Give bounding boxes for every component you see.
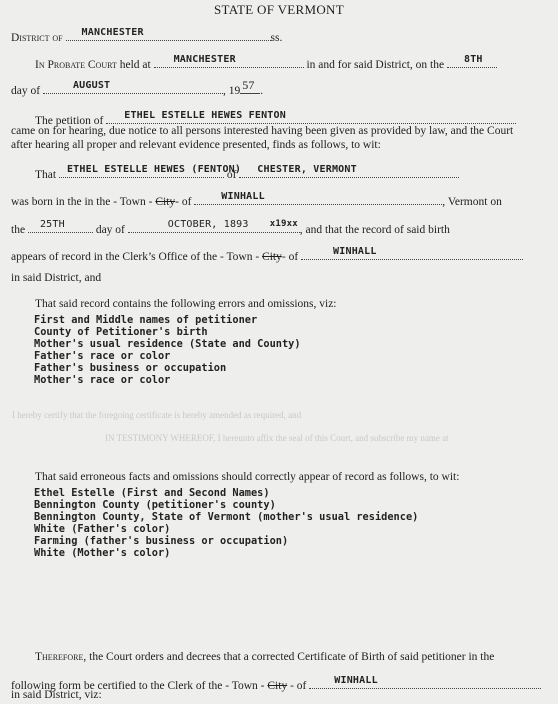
vermont-on: , Vermont on (442, 196, 502, 208)
district-and-text: in said District, and (11, 271, 101, 285)
page-title: STATE OF VERMONT (0, 2, 558, 18)
correction-item: White (Father's color) (34, 523, 170, 535)
correction-item: Farming (father's business or occupation… (34, 535, 288, 547)
record-office-line: appears of record in the Clerk’s Office … (11, 246, 523, 264)
error-item: County of Petitioner's birth (34, 326, 208, 338)
birth-day-field[interactable]: 25TH (28, 219, 93, 233)
person-field[interactable]: ETHEL ESTELLE HEWES (FENTON) (59, 164, 224, 178)
year-suffix: . (260, 85, 263, 97)
error-item: Father's business or occupation (34, 362, 226, 374)
the-label: the (11, 224, 25, 236)
day-of-label: day of (11, 85, 40, 97)
appears-of: - of (282, 251, 298, 263)
court-place-field[interactable]: MANCHESTER (154, 54, 304, 68)
birthplace-line: was born in the in the - Town - City- of… (11, 191, 502, 209)
district-field[interactable]: MANCHESTER (66, 27, 271, 41)
day-of-label-2: day of (96, 224, 125, 236)
order-town-field[interactable]: WINHALL (309, 675, 541, 689)
that-label: That (35, 169, 56, 181)
error-item: First and Middle names of petitioner (34, 314, 257, 326)
error-item: Mother's usual residence (State and Coun… (34, 338, 301, 350)
order-line-3: in said District, viz: (11, 688, 102, 702)
order-of: - of (290, 680, 306, 692)
year-prefix: , 19 (223, 85, 240, 97)
petition-text-3: after hearing all proper and relevant ev… (11, 138, 381, 152)
order-text-1: the Court orders and decrees that a corr… (89, 651, 494, 663)
birth-town-field[interactable]: WINHALL (194, 191, 442, 205)
correction-item: Bennington County, State of Vermont (mot… (34, 511, 418, 523)
errors-intro: That said record contains the following … (35, 297, 337, 311)
district-line: District of MANCHESTERss. (11, 27, 282, 45)
city-struck-2: City (262, 251, 282, 263)
court-line: In Probate Court held at MANCHESTER in a… (35, 54, 497, 72)
bleed-through-text: I hereby certify that the foregoing cert… (12, 410, 301, 420)
court-middle-text: in and for said District, on the (306, 59, 444, 71)
error-item: Mother's race or color (34, 374, 170, 386)
birth-date-field[interactable]: OCTOBER, 1893x19xx (128, 219, 300, 233)
born-of: - of (175, 196, 191, 208)
corrections-intro: That said erroneous facts and omissions … (35, 470, 459, 484)
court-date-line: day of AUGUST, 1957. (11, 80, 263, 98)
court-held-at: held at (120, 59, 151, 71)
finding-line: That ETHEL ESTELLE HEWES (FENTON) of CHE… (35, 164, 459, 182)
court-month-field[interactable]: AUGUST (43, 80, 223, 94)
record-town-field[interactable]: WINHALL (301, 246, 523, 260)
petitioner-name-field[interactable]: ETHEL ESTELLE HEWES FENTON (106, 110, 516, 124)
court-prefix: In Probate Court (35, 59, 117, 71)
court-year-field[interactable]: 57 (240, 80, 260, 94)
birthdate-line: the 25TH day of OCTOBER, 1893x19xx, and … (11, 219, 450, 237)
city-struck-3: City (267, 680, 287, 692)
city-struck: City (155, 196, 175, 208)
bleed-through-text: IN TESTIMONY WHEREOF, I hereunto affix t… (105, 433, 449, 443)
probate-court-form: I hereby certify that the foregoing cert… (0, 0, 558, 704)
record-text: , and that the record of said birth (300, 224, 450, 236)
petition-text-2: came on for hearing, due notice to all p… (11, 124, 513, 138)
residence-field[interactable]: CHESTER, VERMONT (239, 164, 459, 178)
born-prefix: was born in the in the - Town - (11, 196, 152, 208)
error-item: Father's race or color (34, 350, 170, 362)
correction-item: Bennington County (petitioner's county) (34, 499, 276, 511)
correction-item: White (Mother's color) (34, 547, 170, 559)
ss-label: ss. (271, 32, 283, 44)
district-label: District of (11, 32, 63, 44)
therefore-label: Therefore, (35, 651, 86, 663)
correction-item: Ethel Estelle (First and Second Names) (34, 487, 270, 499)
appears-text: appears of record in the Clerk’s Office … (11, 251, 259, 263)
order-line-1: Therefore, the Court orders and decrees … (35, 650, 494, 664)
court-day-field[interactable]: 8TH (447, 54, 497, 68)
